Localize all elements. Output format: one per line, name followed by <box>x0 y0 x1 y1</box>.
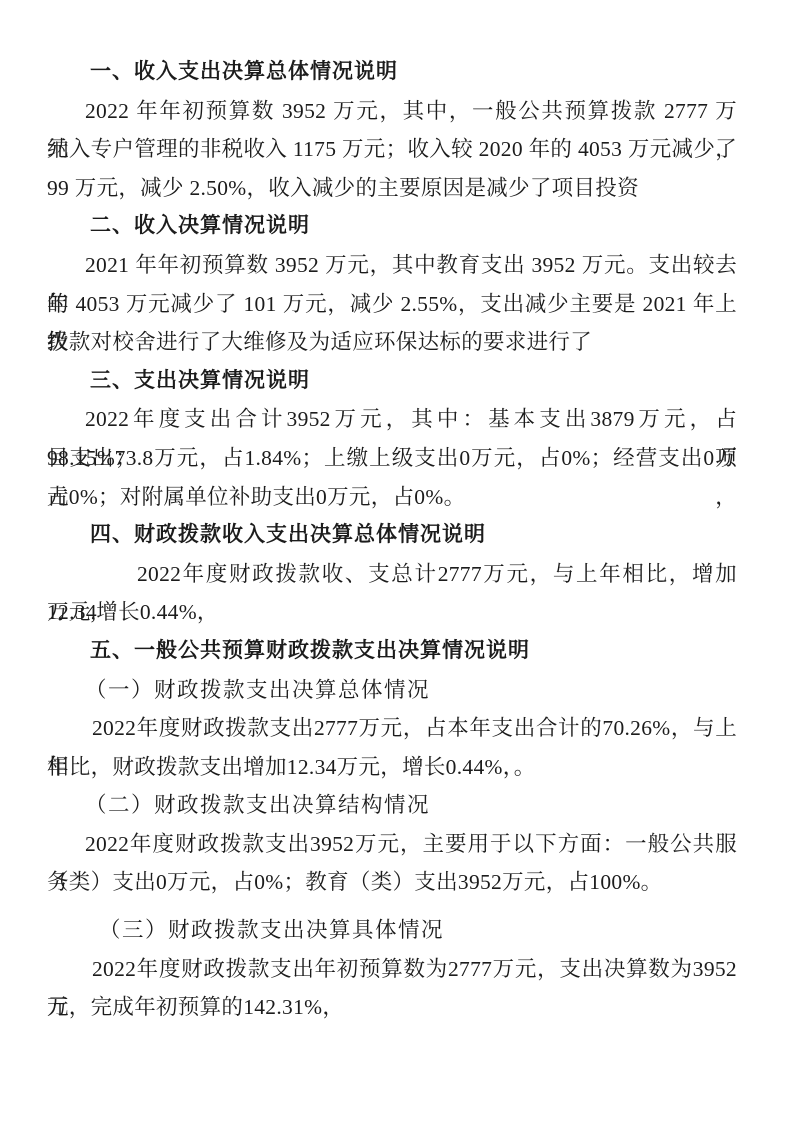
subsection-5-3-heading: （三）财政拨款支出决算具体情况 <box>47 911 737 950</box>
section-3-heading: 三、支出决算情况说明 <box>47 362 737 401</box>
section-3-line-1: 2022年度支出合计3952万元，其中：基本支出3879万元，占98.15%；项 <box>47 400 737 439</box>
subsection-5-2-heading: （二）财政拨款支出决算结构情况 <box>47 786 737 825</box>
section-2-line-1: 2021 年年初预算数 3952 万元，其中教育支出 3952 万元。支出较去年 <box>47 246 737 285</box>
subsection-5-1-heading: （一）财政拨款支出决算总体情况 <box>47 671 737 710</box>
subsection-5-1-line-2: 相比，财政拨款支出增加12.34万元，增长0.44%，。 <box>47 748 737 787</box>
section-3-line-2: 目支出73.8万元，占1.84%；上缴上级支出0万元，占0%；经营支出0万元， <box>47 439 737 478</box>
section-4-line-2: 万元,增长0.44%， <box>47 593 737 632</box>
section-1-line-2: 纳入专户管理的非税收入 1175 万元；收入较 2020 年的 4053 万元减… <box>47 130 737 169</box>
subsection-5-3-line-2: 元，完成年初预算的142.31%， <box>47 988 737 1027</box>
document-page: 一、收入支出决算总体情况说明 2022 年年初预算数 3952 万元，其中，一般… <box>0 0 793 1122</box>
section-5-heading: 五、一般公共预算财政拨款支出决算情况说明 <box>47 632 737 671</box>
section-2-line-2: 的 4053 万元减少了 101 万元，减少 2.55%，支出减少主要是 202… <box>47 285 737 324</box>
document-content: 一、收入支出决算总体情况说明 2022 年年初预算数 3952 万元，其中，一般… <box>47 53 737 1027</box>
subsection-5-2-line-1: 2022年度财政拨款支出3952万元，主要用于以下方面：一般公共服务 <box>47 825 737 864</box>
subsection-5-1-line-1: 2022年度财政拨款支出2777万元，占本年支出合计的70.26%，与上年 <box>47 709 737 748</box>
section-4-heading: 四、财政拨款收入支出决算总体情况说明 <box>47 516 737 555</box>
section-2-heading: 二、收入决算情况说明 <box>47 207 737 246</box>
section-2-line-3: 拨款对校舍进行了大维修及为适应环保达标的要求进行了 <box>47 323 737 362</box>
section-1-heading: 一、收入支出决算总体情况说明 <box>47 53 737 92</box>
section-1-line-3: 99 万元，减少 2.50%，收入减少的主要原因是减少了项目投资 <box>47 169 737 208</box>
section-4-line-1: 2022年度财政拨款收、支总计2777万元，与上年相比，增加12.34 <box>47 555 737 594</box>
subsection-5-2-line-2: （类）支出0万元，占0%；教育（类）支出3952万元，占100%。 <box>47 863 737 902</box>
section-1-line-1: 2022 年年初预算数 3952 万元，其中，一般公共预算拨款 2777 万元， <box>47 92 737 131</box>
subsection-5-3-line-1: 2022年度财政拨款支出年初预算数为2777万元，支出决算数为3952万 <box>47 950 737 989</box>
